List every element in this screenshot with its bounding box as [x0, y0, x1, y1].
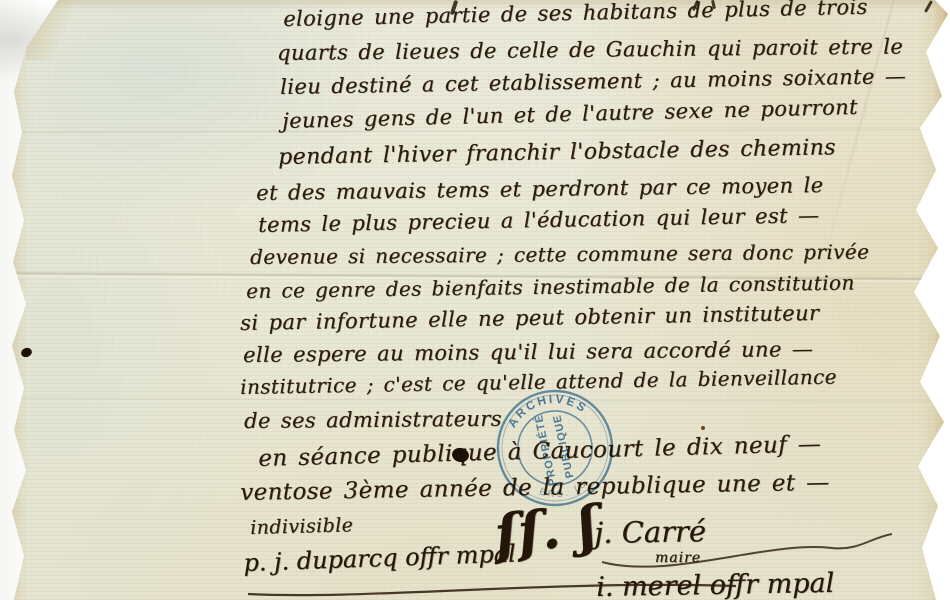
horizontal-crease — [0, 127, 950, 135]
manuscript-line: indivisible — [250, 516, 354, 538]
manuscript-line: lieu destiné a cet etablissement ; au mo… — [280, 66, 906, 98]
corner-tear-top-left — [26, 0, 72, 60]
torn-edge-right — [916, 0, 950, 600]
manuscript-line: si par infortune elle ne peut obtenir un… — [240, 303, 820, 334]
manuscript-line: de ses administrateurs — [244, 409, 502, 432]
manuscript-line: jeunes gens de l'un et de l'autre sexe n… — [282, 97, 858, 132]
signature-duparcq: p. j. duparcq offr mpal — [243, 541, 516, 574]
horizontal-crease — [0, 396, 950, 404]
ink-speck — [701, 426, 705, 430]
manuscript-line: eloigne une partie de ses habitans de pl… — [283, 0, 868, 30]
manuscript-line: elle espere au moins qu'il lui sera acco… — [243, 339, 813, 366]
signature-merel: i. merel offr mpal — [596, 570, 834, 600]
manuscript-line: et des mauvais tems et perdront par ce m… — [256, 175, 824, 204]
manuscript-line: devenue si necessaire ; cette commune se… — [250, 242, 869, 267]
signature-carre-title: maire — [655, 551, 701, 565]
manuscript-line: tems le plus precieu a l'éducation qui l… — [258, 205, 820, 236]
signature-paraph-flourish: ſſ. ʃ — [492, 497, 599, 561]
signature-carre: j. Carré — [594, 517, 706, 548]
scanned-manuscript-page: eloigne une partie de ses habitans de pl… — [0, 0, 950, 600]
manuscript-line: en ce genre des bienfaits inestimable de… — [246, 273, 855, 301]
manuscript-line: quarts de lieues de celle de Gauchin qui… — [277, 36, 903, 64]
paper-sheet: eloigne une partie de ses habitans de pl… — [0, 0, 950, 600]
manuscript-line: pendant l'hiver franchir l'obstacle des … — [278, 137, 836, 169]
torn-edge-left — [0, 0, 30, 600]
